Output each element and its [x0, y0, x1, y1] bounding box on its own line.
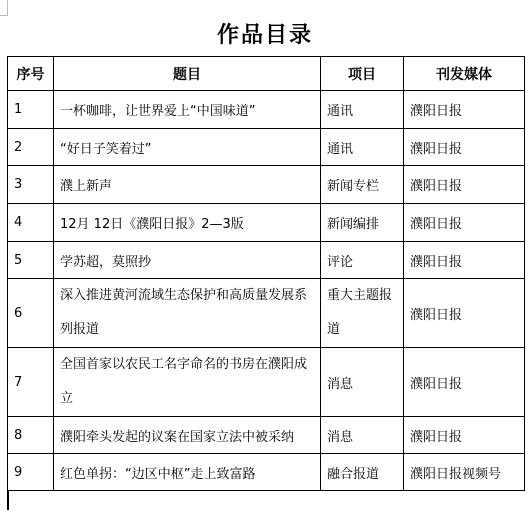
table-row: 7 全国首家以农民工名字命名的书房在濮阳成立 消息 濮阳日报: [8, 348, 525, 417]
cell-title[interactable]: 学苏超，莫照抄: [54, 242, 321, 279]
document-title: 作品目录: [0, 20, 530, 50]
cell-no[interactable]: 4: [8, 204, 54, 242]
cell-no[interactable]: 3: [8, 166, 54, 204]
cell-category[interactable]: 新闻专栏: [321, 166, 404, 204]
header-no: 序号: [8, 57, 54, 91]
cell-title[interactable]: 一杯咖啡，让世界爱上“中国味道”: [54, 91, 321, 129]
text-cursor: [7, 490, 9, 510]
cell-title[interactable]: “好日子笑着过”: [54, 129, 321, 166]
cell-title[interactable]: 濮阳牵头发起的议案在国家立法中被采纳: [54, 417, 321, 454]
header-media: 刊发媒体: [404, 57, 525, 91]
cell-title[interactable]: 深入推进黄河流域生态保护和高质量发展系列报道: [54, 279, 321, 348]
cell-media[interactable]: 濮阳日报视频号: [404, 454, 525, 491]
table-row: 3 濮上新声 新闻专栏 濮阳日报: [8, 166, 525, 204]
cell-category[interactable]: 消息: [321, 417, 404, 454]
table-row: 9 红色单拐：“边区中枢”走上致富路 融合报道 濮阳日报视频号: [8, 454, 525, 491]
table-row: 8 濮阳牵头发起的议案在国家立法中被采纳 消息 濮阳日报: [8, 417, 525, 454]
header-category: 项目: [321, 57, 404, 91]
table-row: 2 “好日子笑着过” 通讯 濮阳日报: [8, 129, 525, 166]
cell-no[interactable]: 1: [8, 91, 54, 129]
cell-no[interactable]: 5: [8, 242, 54, 279]
cell-no[interactable]: 9: [8, 454, 54, 491]
cell-no[interactable]: 2: [8, 129, 54, 166]
cell-media[interactable]: 濮阳日报: [404, 166, 525, 204]
cell-category[interactable]: 通讯: [321, 129, 404, 166]
table-row: 1 一杯咖啡，让世界爱上“中国味道” 通讯 濮阳日报: [8, 91, 525, 129]
table-row: 5 学苏超，莫照抄 评论 濮阳日报: [8, 242, 525, 279]
cell-no[interactable]: 8: [8, 417, 54, 454]
catalog-table: 序号 题目 项目 刊发媒体 1 一杯咖啡，让世界爱上“中国味道” 通讯 濮阳日报…: [7, 56, 525, 491]
cell-category[interactable]: 新闻编排: [321, 204, 404, 242]
page-corner-mark: [0, 0, 8, 16]
cell-title[interactable]: 红色单拐：“边区中枢”走上致富路: [54, 454, 321, 491]
cell-media[interactable]: 濮阳日报: [404, 204, 525, 242]
cell-no[interactable]: 6: [8, 279, 54, 348]
cell-media[interactable]: 濮阳日报: [404, 242, 525, 279]
cell-media[interactable]: 濮阳日报: [404, 417, 525, 454]
cell-category[interactable]: 评论: [321, 242, 404, 279]
cell-media[interactable]: 濮阳日报: [404, 91, 525, 129]
cell-no[interactable]: 7: [8, 348, 54, 417]
header-title: 题目: [54, 57, 321, 91]
cell-category[interactable]: 通讯: [321, 91, 404, 129]
cell-title[interactable]: 濮上新声: [54, 166, 321, 204]
cell-category[interactable]: 消息: [321, 348, 404, 417]
cell-category[interactable]: 融合报道: [321, 454, 404, 491]
cell-category[interactable]: 重大主题报道: [321, 279, 404, 348]
cell-media[interactable]: 濮阳日报: [404, 129, 525, 166]
cell-title[interactable]: 全国首家以农民工名字命名的书房在濮阳成立: [54, 348, 321, 417]
cell-media[interactable]: 濮阳日报: [404, 348, 525, 417]
cell-media[interactable]: 濮阳日报: [404, 279, 525, 348]
table-row: 4 12月 12日《濮阳日报》2—3版 新闻编排 濮阳日报: [8, 204, 525, 242]
cell-title[interactable]: 12月 12日《濮阳日报》2—3版: [54, 204, 321, 242]
table-row: 6 深入推进黄河流域生态保护和高质量发展系列报道 重大主题报道 濮阳日报: [8, 279, 525, 348]
table-header-row: 序号 题目 项目 刊发媒体: [8, 57, 525, 91]
